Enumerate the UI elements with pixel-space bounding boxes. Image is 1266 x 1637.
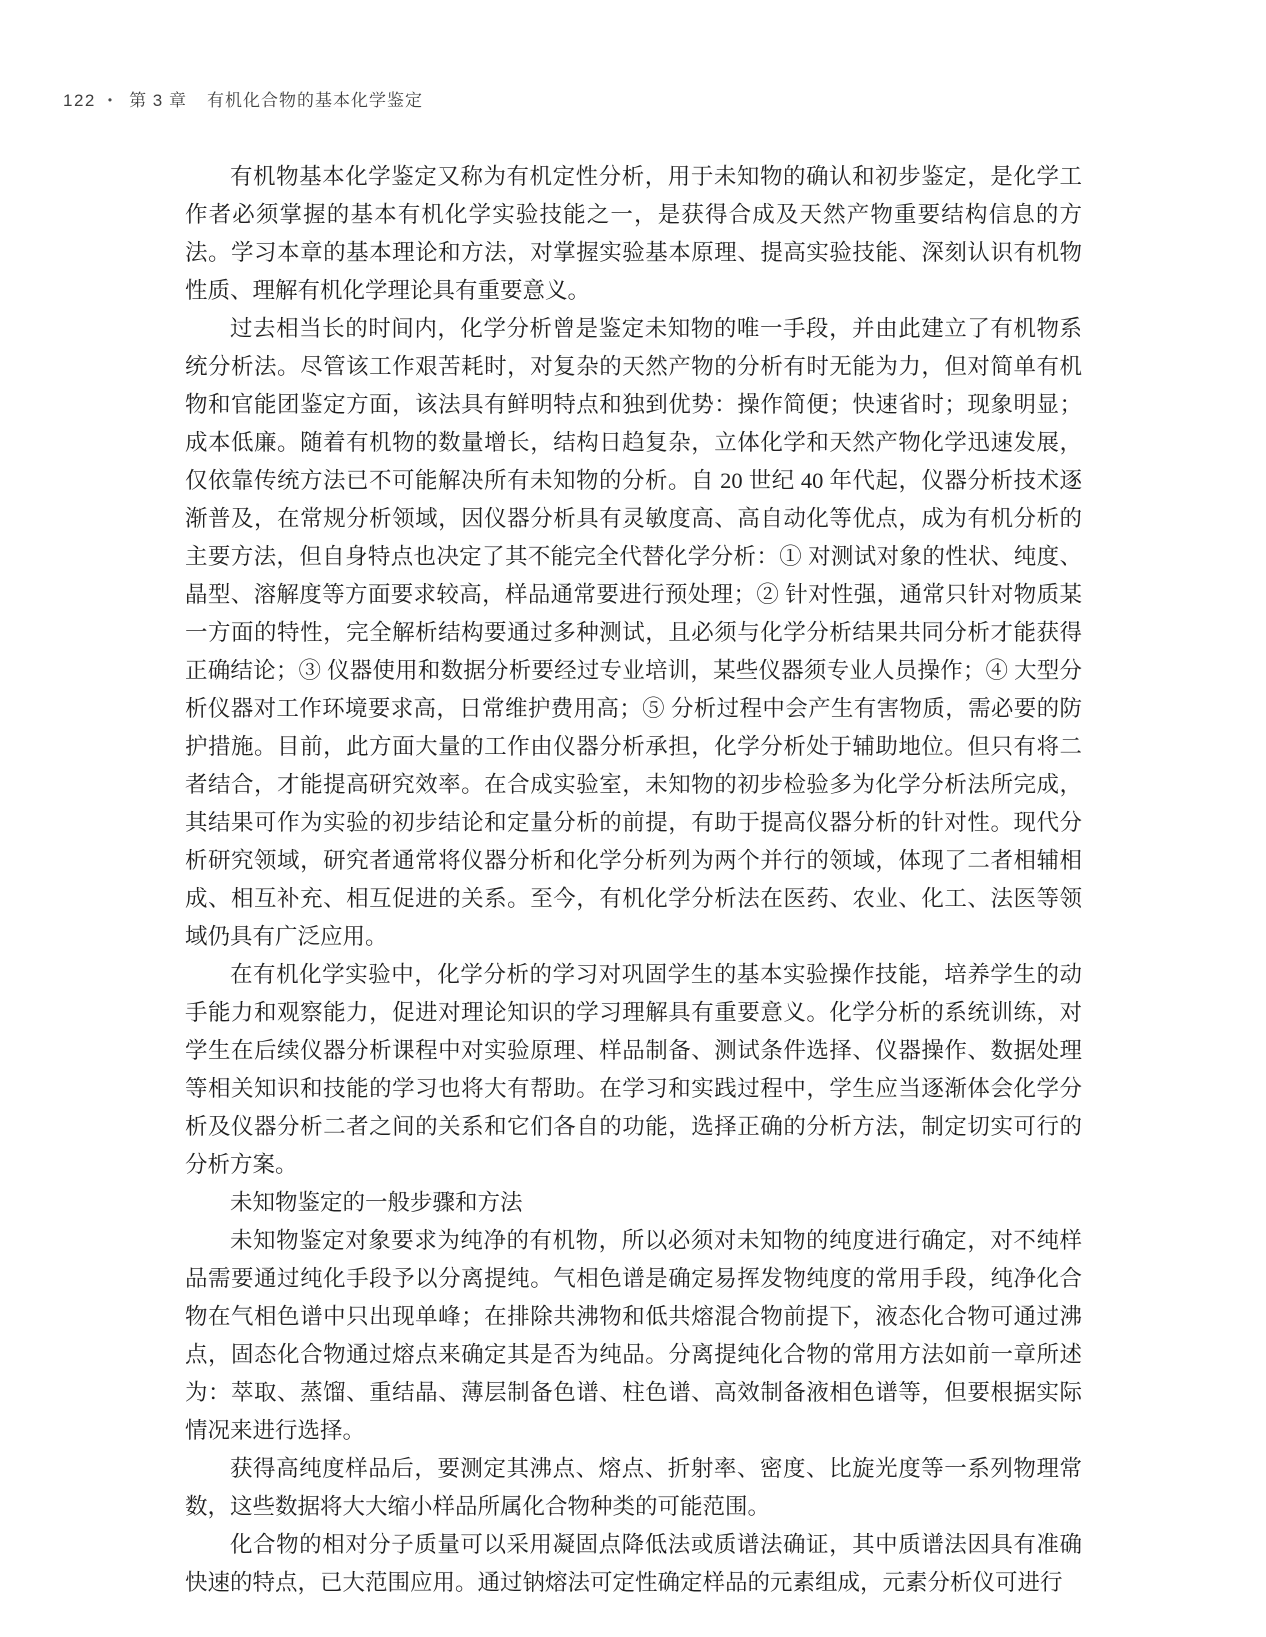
bullet-separator: • (108, 93, 113, 107)
paragraph: 在有机化学实验中，化学分析的学习对巩固学生的基本实验操作技能，培养学生的动手能力… (185, 956, 1082, 1184)
section-heading: 未知物鉴定的一般步骤和方法 (185, 1184, 1082, 1222)
chapter-title: 有机化合物的基本化学鉴定 (207, 91, 423, 110)
body-text: 有机物基本化学鉴定又称为有机定性分析，用于未知物的确认和初步鉴定，是化学工作者必… (185, 158, 1082, 1602)
paragraph: 过去相当长的时间内，化学分析曾是鉴定未知物的唯一手段，并由此建立了有机物系统分析… (185, 310, 1082, 956)
page-number: 122 (63, 91, 96, 110)
paragraph: 未知物鉴定对象要求为纯净的有机物，所以必须对未知物的纯度进行确定，对不纯样品需要… (185, 1222, 1082, 1450)
document-page: 122•第 3 章有机化合物的基本化学鉴定 有机物基本化学鉴定又称为有机定性分析… (0, 0, 1266, 1637)
chapter-label: 第 3 章 (129, 91, 187, 110)
paragraph: 获得高纯度样品后，要测定其沸点、熔点、折射率、密度、比旋光度等一系列物理常数，这… (185, 1450, 1082, 1526)
paragraph: 有机物基本化学鉴定又称为有机定性分析，用于未知物的确认和初步鉴定，是化学工作者必… (185, 158, 1082, 310)
paragraph: 化合物的相对分子质量可以采用凝固点降低法或质谱法确证，其中质谱法因具有准确快速的… (185, 1526, 1082, 1602)
page-header: 122•第 3 章有机化合物的基本化学鉴定 (63, 86, 423, 111)
